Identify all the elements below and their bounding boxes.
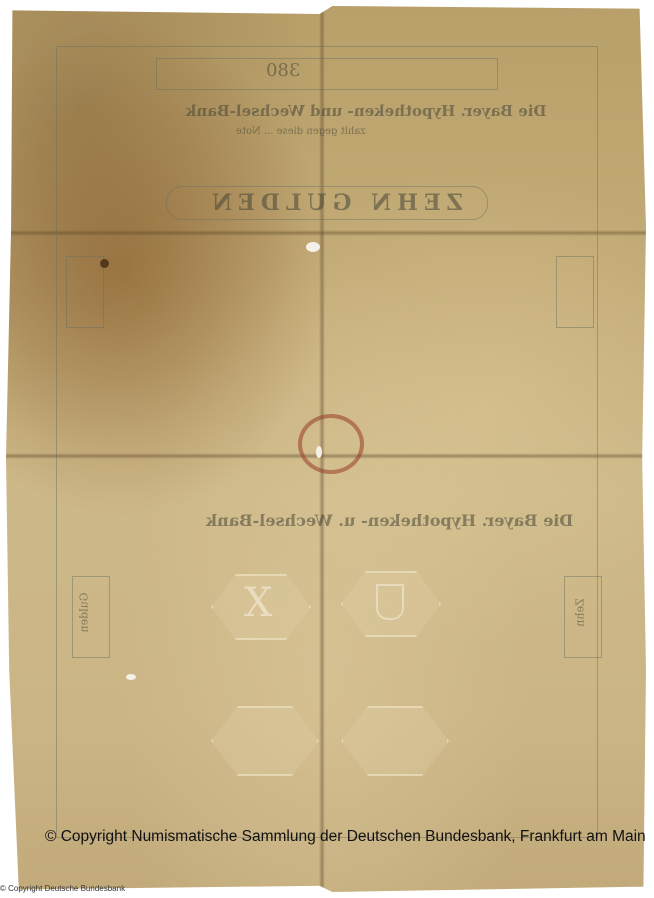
numeral-x: X: [244, 580, 272, 626]
ink-stain: [100, 259, 109, 268]
left-side-panel: [66, 256, 104, 328]
serial-number: 380: [266, 60, 300, 81]
pin-hole: [126, 674, 136, 680]
lower-issuer-line: Die Bayer. Hypotheken- u. Wechsel-Bank: [206, 511, 573, 530]
corner-copyright: © Copyright Deutsche Bundesbank: [0, 884, 125, 893]
bavarian-shield-icon: [376, 584, 404, 620]
red-seal-stamp: [298, 414, 364, 474]
right-zehn-text: Zehn: [574, 598, 587, 626]
copyright-watermark: © Copyright Numismatische Sammlung der D…: [45, 828, 646, 846]
pin-hole: [316, 446, 322, 458]
tear-hole: [306, 242, 320, 252]
serial-panel: [156, 58, 498, 90]
right-side-panel: [556, 256, 594, 328]
pays-line: zahlt gegen diese ... Note: [236, 126, 366, 137]
left-gulden-text: Gulden: [78, 592, 91, 632]
denomination-text: ZEHN GULDEN: [206, 190, 463, 216]
issuer-line: Die Bayer. Hypotheken- und Wechsel-Bank: [186, 102, 546, 120]
banknote: 380 Die Bayer. Hypotheken- und Wechsel-B…: [6, 6, 646, 892]
